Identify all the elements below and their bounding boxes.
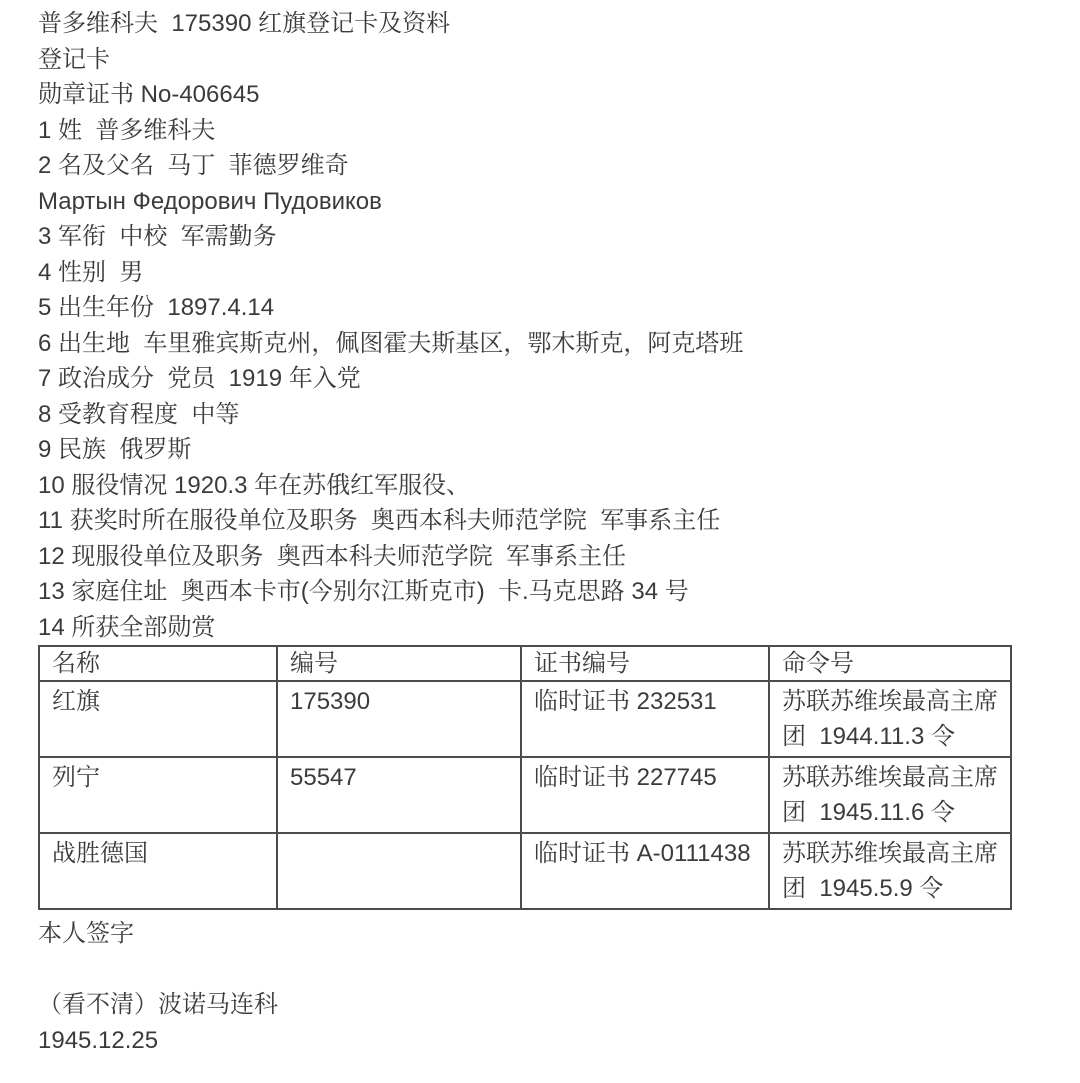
doc-line: 5 出生年份 1897.4.14: [38, 290, 1050, 326]
signature-value: （看不清）波诺马连科: [38, 987, 1050, 1023]
doc-line: 11 获奖时所在服役单位及职务 奥西本科夫师范学院 军事系主任: [38, 503, 1050, 539]
doc-line: 1 姓 普多维科夫: [38, 113, 1050, 149]
doc-line: 10 服役情况 1920.3 年在苏俄红军服役、: [38, 468, 1050, 504]
doc-line: 8 受教育程度 中等: [38, 397, 1050, 433]
blank-line: [38, 952, 1050, 988]
table-cell-award-number: 175390: [277, 681, 521, 757]
table-header-name: 名称: [39, 646, 277, 681]
doc-line: 3 军衔 中校 军需勤务: [38, 219, 1050, 255]
table-cell-order: 苏联苏维埃最高主席团 1944.11.3 令: [769, 681, 1011, 757]
translated-award-document: 普多维科夫 175390 红旗登记卡及资料 登记卡 勋章证书 No-406645…: [0, 0, 1080, 1058]
doc-line: 6 出生地 车里雅宾斯克州，佩图霍夫斯基区，鄂木斯克，阿克塔班: [38, 326, 1050, 362]
doc-line: 7 政治成分 党员 1919 年入党: [38, 361, 1050, 397]
table-row: 列宁 55547 临时证书 227745 苏联苏维埃最高主席团 1945.11.…: [39, 757, 1011, 833]
table-header-certificate-number: 证书编号: [521, 646, 769, 681]
table-cell-certificate: 临时证书 A-0111438: [521, 833, 769, 909]
table-cell-award-name: 列宁: [39, 757, 277, 833]
signature-block: 本人签字 （看不清）波诺马连科 1945.12.25: [38, 916, 1050, 1058]
table-row: 红旗 175390 临时证书 232531 苏联苏维埃最高主席团 1944.11…: [39, 681, 1011, 757]
doc-line-cyrillic-name: Мартын Федорович Пудовиков: [38, 184, 1050, 220]
table-cell-award-name: 战胜德国: [39, 833, 277, 909]
doc-line: 14 所获全部勋赏: [38, 610, 1050, 646]
table-header-order-number: 命令号: [769, 646, 1011, 681]
table-cell-award-number: [277, 833, 521, 909]
table-cell-order: 苏联苏维埃最高主席团 1945.5.9 令: [769, 833, 1011, 909]
signature-label: 本人签字: [38, 916, 1050, 952]
doc-line: 9 民族 俄罗斯: [38, 432, 1050, 468]
table-cell-certificate: 临时证书 227745: [521, 757, 769, 833]
doc-line: 12 现服役单位及职务 奥西本科夫师范学院 军事系主任: [38, 539, 1050, 575]
doc-line: 2 名及父名 马丁 菲德罗维奇: [38, 148, 1050, 184]
doc-line: 4 性别 男: [38, 255, 1050, 291]
table-row: 战胜德国 临时证书 A-0111438 苏联苏维埃最高主席团 1945.5.9 …: [39, 833, 1011, 909]
table-cell-certificate: 临时证书 232531: [521, 681, 769, 757]
doc-title-line: 普多维科夫 175390 红旗登记卡及资料: [38, 6, 1050, 42]
doc-line: 登记卡: [38, 42, 1050, 78]
doc-line: 13 家庭住址 奥西本卡市(今别尔江斯克市) 卡.马克思路 34 号: [38, 574, 1050, 610]
doc-line: 勋章证书 No-406645: [38, 77, 1050, 113]
awards-table: 名称 编号 证书编号 命令号 红旗 175390 临时证书 232531 苏联苏…: [38, 645, 1012, 910]
table-header-number: 编号: [277, 646, 521, 681]
table-cell-award-name: 红旗: [39, 681, 277, 757]
table-cell-award-number: 55547: [277, 757, 521, 833]
signature-date: 1945.12.25: [38, 1023, 1050, 1059]
awards-table-header-row: 名称 编号 证书编号 命令号: [39, 646, 1011, 681]
table-cell-order: 苏联苏维埃最高主席团 1945.11.6 令: [769, 757, 1011, 833]
